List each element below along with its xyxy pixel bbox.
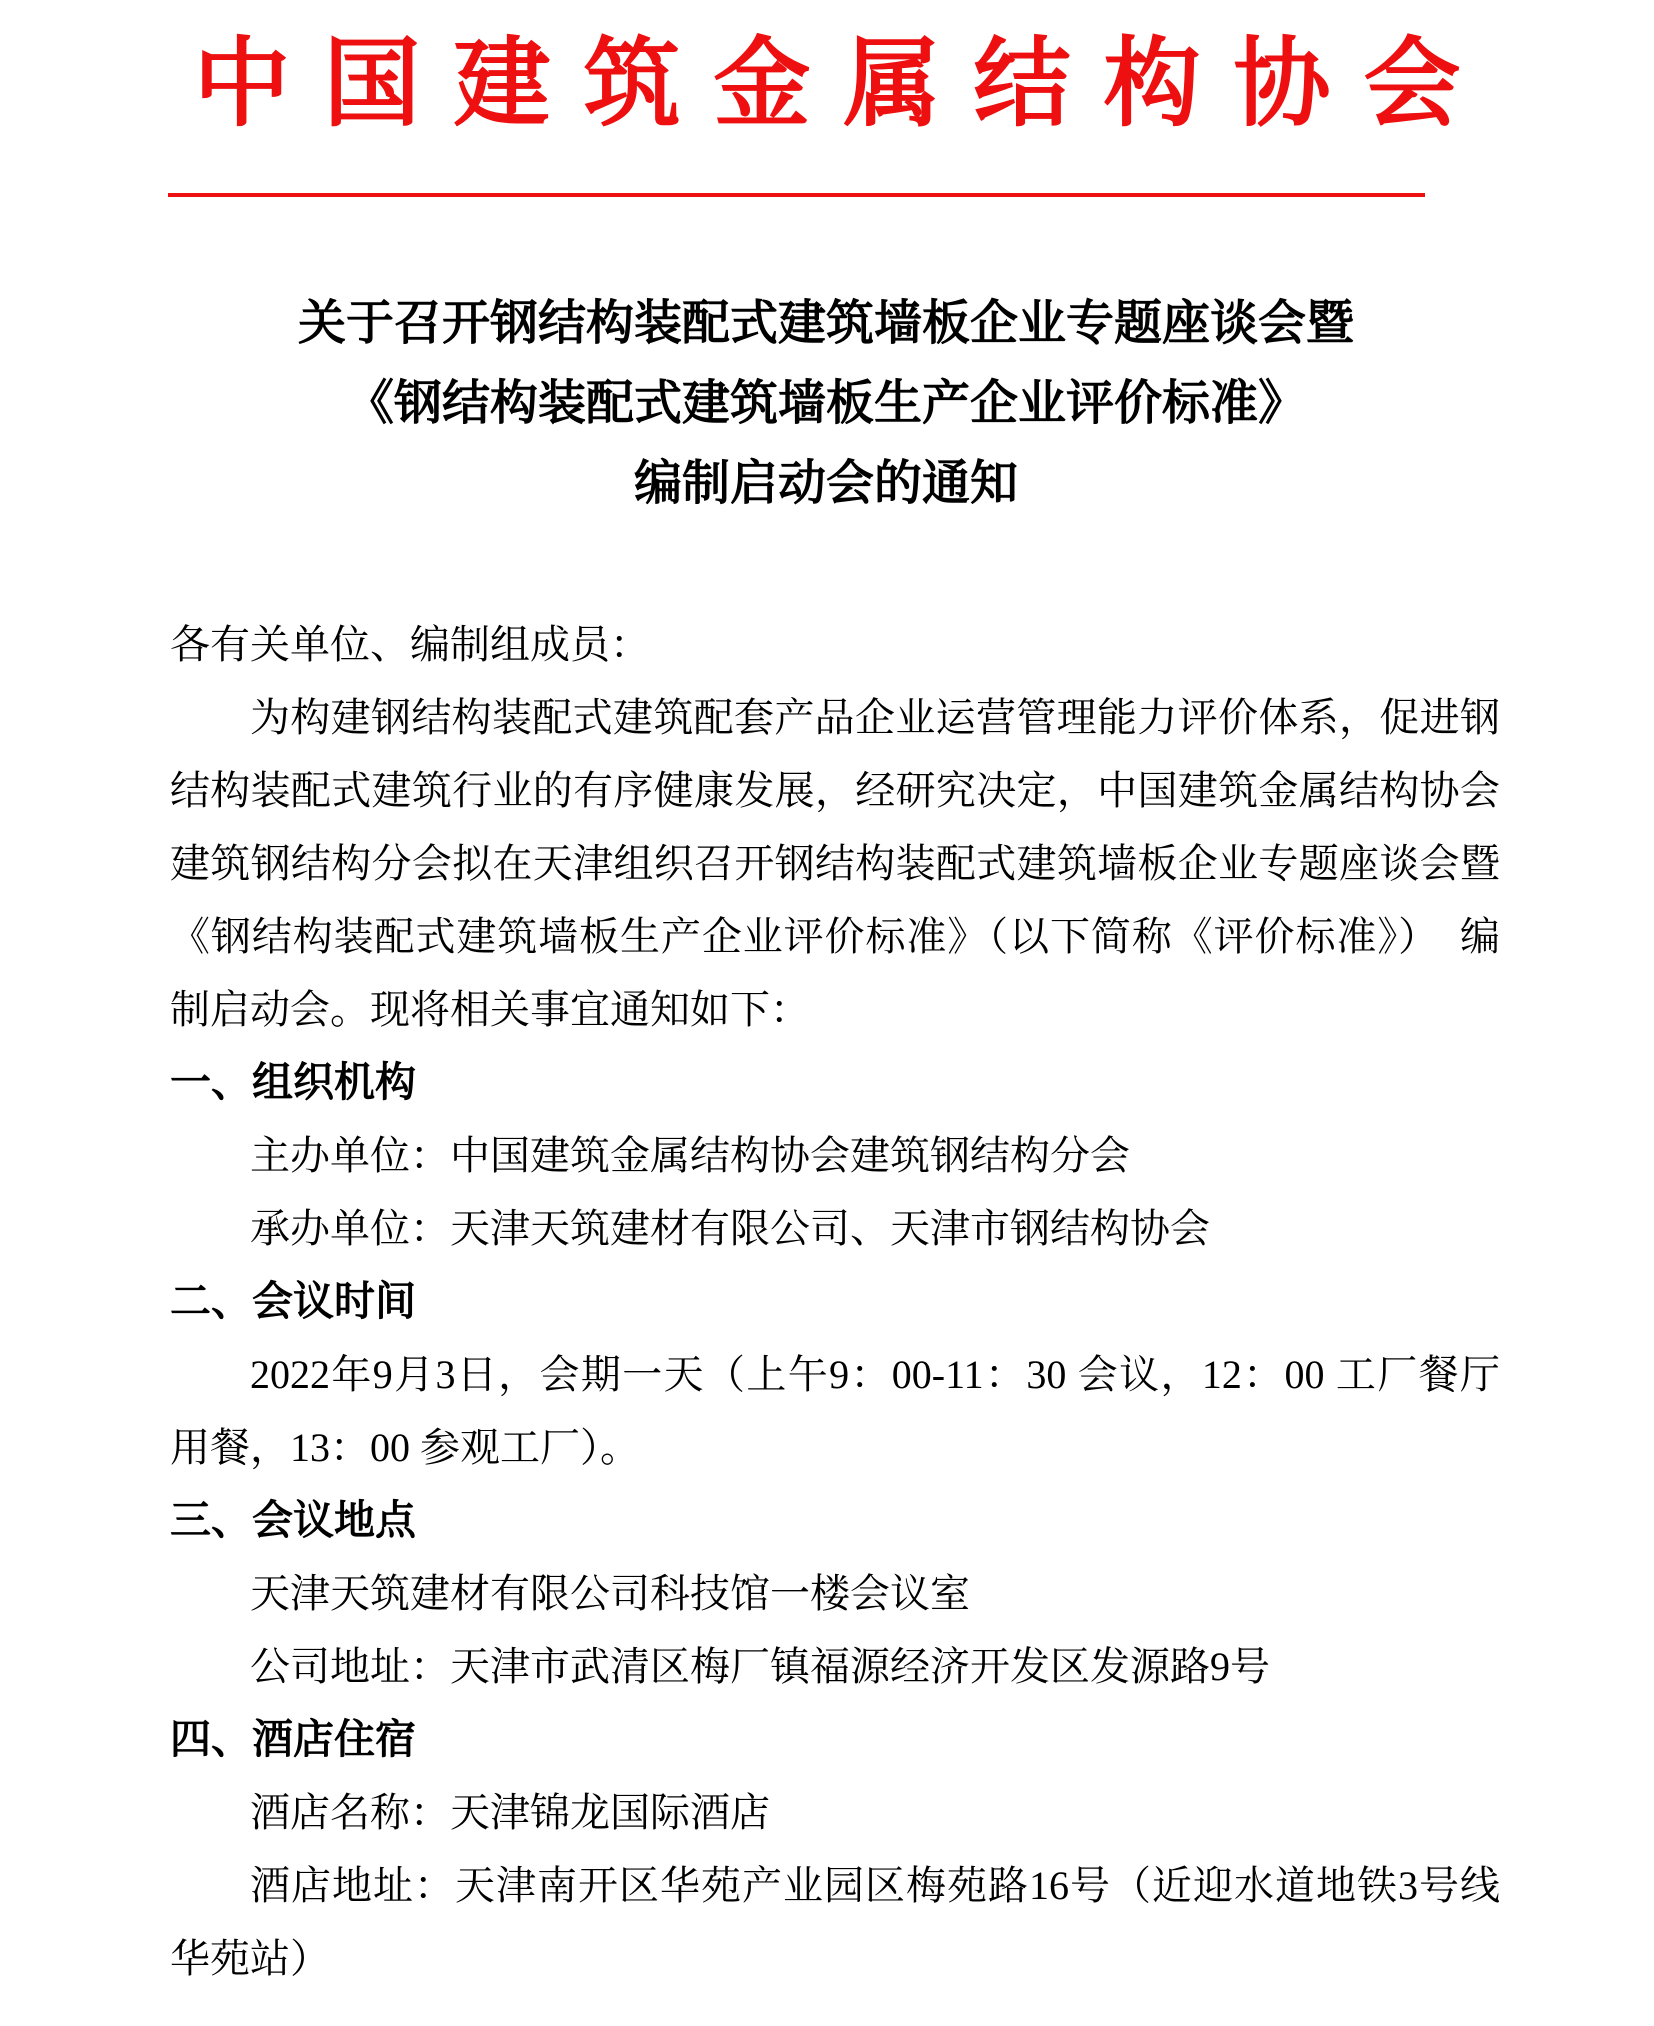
notice-title-line-1: 关于召开钢结构装配式建筑墙板企业专题座谈会暨 xyxy=(170,284,1482,364)
section-2-time-line: 2022年9月3日，会期一天（上午9：00-11：30 会议，12：00 工厂餐… xyxy=(170,1338,1500,1484)
document-page: 中国建筑金属结构协会 关于召开钢结构装配式建筑墙板企业专题座谈会暨 《钢结构装配… xyxy=(0,0,1654,2026)
section-1-organizer-line: 承办单位：天津天筑建材有限公司、天津市钢结构协会 xyxy=(170,1192,1500,1265)
letterhead-rule xyxy=(168,193,1425,197)
section-4-hotel-address-line: 酒店地址：天津南开区华苑产业园区梅苑路16号（近迎水道地铁3号线华苑站） xyxy=(170,1849,1500,1995)
intro-paragraph: 为构建钢结构装配式建筑配套产品企业运营管理能力评价体系，促进钢结构装配式建筑行业… xyxy=(170,681,1500,1046)
greeting: 各有关单位、编制组成员： xyxy=(170,608,1500,681)
notice-body: 各有关单位、编制组成员： 为构建钢结构装配式建筑配套产品企业运营管理能力评价体系… xyxy=(170,608,1500,1995)
section-3-heading: 三、会议地点 xyxy=(170,1484,1500,1557)
letterhead: 中国建筑金属结构协会 xyxy=(0,0,1654,144)
notice-title: 关于召开钢结构装配式建筑墙板企业专题座谈会暨 《钢结构装配式建筑墙板生产企业评价… xyxy=(170,284,1482,524)
section-3-company-address-line: 公司地址：天津市武清区梅厂镇福源经济开发区发源路9号 xyxy=(170,1630,1500,1703)
section-1-heading: 一、组织机构 xyxy=(170,1046,1500,1119)
section-2-heading: 二、会议时间 xyxy=(170,1265,1500,1338)
letterhead-org-name: 中国建筑金属结构协会 xyxy=(194,26,1494,144)
section-4-heading: 四、酒店住宿 xyxy=(170,1703,1500,1776)
section-1-host-line: 主办单位：中国建筑金属结构协会建筑钢结构分会 xyxy=(170,1119,1500,1192)
notice-title-line-2: 《钢结构装配式建筑墙板生产企业评价标准》 xyxy=(170,364,1482,444)
section-3-venue-line: 天津天筑建材有限公司科技馆一楼会议室 xyxy=(170,1557,1500,1630)
section-4-hotel-name-line: 酒店名称：天津锦龙国际酒店 xyxy=(170,1776,1500,1849)
notice-title-line-3: 编制启动会的通知 xyxy=(170,444,1482,524)
